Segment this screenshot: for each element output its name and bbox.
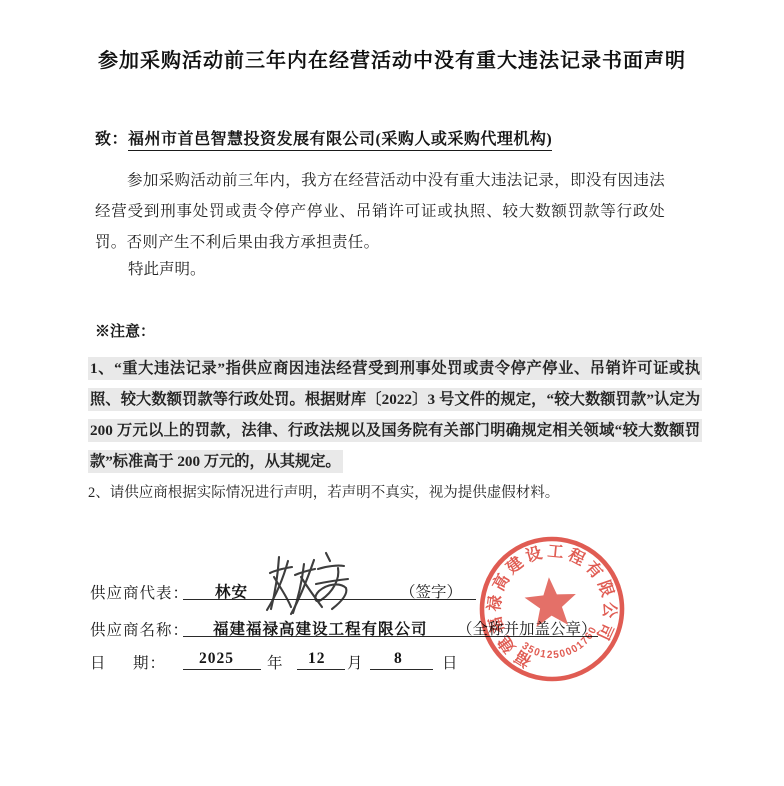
note-item-2: 2、请供应商根据实际情况进行声明，若声明不真实，视为提供虚假材料。 — [88, 481, 708, 502]
date-label-ri: 日 — [90, 651, 107, 673]
year-unit: 年 — [267, 651, 284, 673]
recipient-name: 福州市首邑智慧投资发展有限公司(采购人或采购代理机构) — [128, 131, 552, 151]
recipient-prefix: 致： — [95, 131, 128, 148]
svg-text:3501250001760: 3501250001760 — [518, 622, 605, 670]
declaration-paragraph: 参加采购活动前三年内，我方在经营活动中没有重大违法记录，即没有因违法经营受到刑事… — [95, 165, 665, 258]
document-title: 参加采购活动前三年内在经营活动中没有重大违法记录书面声明 — [0, 44, 784, 73]
day-unit: 日 — [442, 651, 459, 673]
handwritten-signature — [262, 549, 354, 617]
closing-statement: 特此声明。 — [128, 257, 206, 279]
month-line — [297, 669, 345, 670]
note-item-1-highlighted-text: 1、“重大违法记录”指供应商因违法经营受到刑事处罚或责令停产停业、吊销许可证或执… — [88, 357, 702, 473]
supplier-rep-label: 供应商代表： — [90, 581, 189, 603]
supplier-name-label: 供应商名称： — [90, 618, 189, 640]
notes-heading: ※注意： — [95, 320, 155, 341]
rep-name-printed: 林安 — [215, 580, 248, 602]
recipient-line: 致：福州市首邑智慧投资发展有限公司(采购人或采购代理机构) — [95, 126, 552, 149]
date-label-qi: 期： — [133, 651, 166, 673]
day-value: 8 — [394, 650, 403, 668]
note-item-1: 1、“重大违法记录”指供应商因违法经营受到刑事处罚或责令停产停业、吊销许可证或执… — [88, 353, 702, 477]
year-value: 2025 — [199, 650, 234, 668]
declaration-document-page: 参加采购活动前三年内在经营活动中没有重大违法记录书面声明 致：福州市首邑智慧投资… — [0, 0, 784, 786]
seal-star — [523, 575, 578, 627]
company-name-printed: 福建福禄高建设工程有限公司 — [213, 617, 428, 639]
company-seal: 福建福禄高建设工程有限公司 3501250001760 — [462, 519, 642, 699]
month-unit: 月 — [347, 651, 364, 673]
month-value: 12 — [308, 650, 326, 668]
year-line — [183, 669, 261, 670]
day-line — [370, 669, 433, 670]
seal-registration-number: 3501250001760 — [518, 622, 605, 670]
sign-hint: （签字） — [400, 580, 462, 602]
